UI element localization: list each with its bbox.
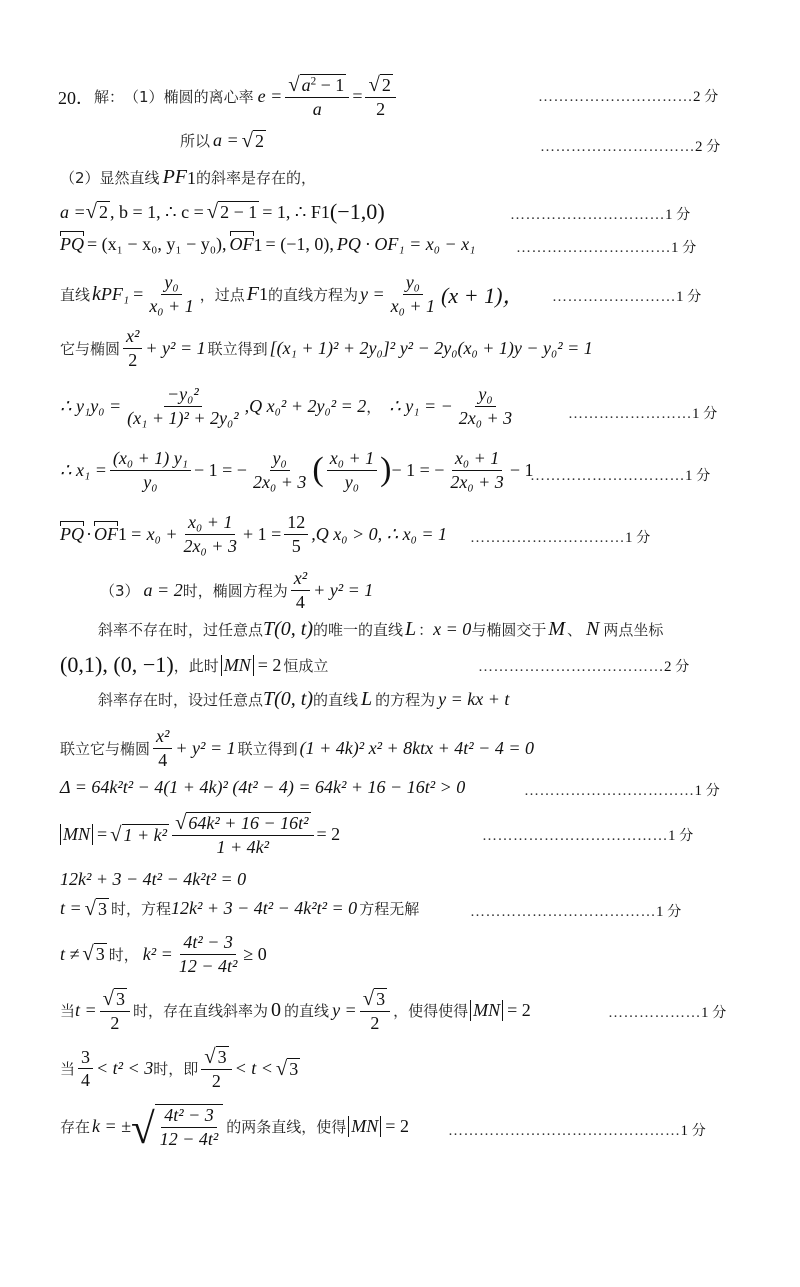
unit: 分 bbox=[667, 904, 681, 920]
mn-abs: MN bbox=[60, 824, 93, 845]
part2-dot-result-line: PQ · OF1 = x₀ + x₀ + 12x₀ + 3 + 1 = 125 … bbox=[60, 512, 447, 556]
focus-label: = 1, ∴ F bbox=[262, 202, 321, 223]
score-marker: ……………………………1 分 bbox=[524, 780, 720, 800]
numerator: −y₀² bbox=[164, 384, 202, 407]
numerator: x₀ + 1 bbox=[452, 448, 502, 471]
chord-fraction: √64k² + 16 − 16t² 1 + 4k² bbox=[172, 812, 313, 857]
sqrt-content: 2 − 1 bbox=[218, 201, 259, 223]
text: 的直线方程为 bbox=[268, 284, 358, 305]
denominator: 2 bbox=[107, 1012, 122, 1034]
line-l: L bbox=[361, 688, 372, 711]
text: 的直线 bbox=[313, 689, 358, 710]
denominator: 12 − 4t² bbox=[157, 1128, 222, 1150]
points: 1 bbox=[701, 1005, 709, 1021]
fraction: x₀ + 1y₀ bbox=[327, 448, 377, 492]
fraction: x₀ + 12x₀ + 3 bbox=[447, 448, 506, 492]
denominator: x₀ + 1 bbox=[388, 295, 438, 317]
score-marker: …………………………2 分 bbox=[538, 86, 718, 106]
vector-of1: OF bbox=[230, 234, 254, 255]
points: 2 bbox=[695, 139, 703, 155]
ellipse-rest: + y² = 1 bbox=[145, 338, 205, 359]
part3-chord-length-line: MN = √1 + k² √64k² + 16 − 16t² 1 + 4k² =… bbox=[60, 812, 340, 857]
part2-x1-line: ∴ x₁ = (x₀ + 1) y₁y₀ − 1 = − y₀2x₀ + 3 (… bbox=[60, 448, 533, 492]
text: 存在 bbox=[60, 1116, 90, 1137]
unit: 分 bbox=[712, 1005, 726, 1021]
ellipse-rest: + y² = 1 bbox=[175, 738, 235, 759]
denominator: 12 − 4t² bbox=[176, 955, 241, 977]
sqrt-content: 64k² + 16 − 16t² bbox=[186, 812, 310, 834]
slope-fraction: y₀x₀ + 1 bbox=[388, 272, 438, 316]
denominator: 2 bbox=[209, 1070, 224, 1092]
numerator: 4t² − 3 bbox=[180, 932, 236, 955]
denominator: 2x₀ + 3 bbox=[447, 471, 506, 493]
part2-vectors-line: PQ = (x₁ − x₀, y₁ − y₀), OF1 = (−1, 0), … bbox=[60, 234, 475, 255]
fraction: 34 bbox=[78, 1047, 93, 1091]
part3-ellipse-line: （3） a = 2 时，椭圆方程为 x²4 + y² = 1 bbox=[100, 568, 373, 612]
sqrt-content: 2 bbox=[253, 130, 266, 152]
text: 时， bbox=[109, 944, 139, 965]
text: 联立得到 bbox=[238, 738, 298, 759]
score-marker: …………………………1 分 bbox=[530, 465, 710, 485]
score-marker: ………………………………1 分 bbox=[470, 901, 681, 921]
product-fraction: −y₀²(x₁ + 1)² + 2y₀² bbox=[124, 384, 242, 428]
text: 与椭圆交于 bbox=[471, 619, 546, 640]
denominator: 2x₀ + 3 bbox=[250, 471, 309, 493]
text: 联立它与椭圆 bbox=[60, 738, 150, 759]
colon: ： bbox=[418, 619, 433, 640]
solution-label: 解： bbox=[94, 86, 124, 107]
minus-one: − 1 bbox=[316, 75, 344, 95]
numerator: y₀ bbox=[270, 448, 290, 471]
discriminant: Δ = 64k²t² − 4(1 + 4k)² (4t² − 4) = 64k²… bbox=[60, 777, 465, 798]
part3-k-squared-line: t ≠ √3 时， k² = 4t² − 312 − 4t² ≥ 0 bbox=[60, 932, 267, 976]
text: 当 bbox=[60, 1000, 75, 1021]
score-marker: ………………………………………1 分 bbox=[448, 1120, 706, 1140]
denominator: 4 bbox=[155, 749, 170, 771]
denominator: 2 bbox=[125, 349, 140, 371]
minus: − 1 = − bbox=[194, 460, 247, 481]
text: 的斜率是存在的， bbox=[196, 167, 316, 188]
denominator: 5 bbox=[289, 535, 304, 557]
sqrt-content: 3 bbox=[96, 898, 109, 920]
score-marker: …………………………1 分 bbox=[516, 237, 696, 257]
score-marker: …………………………2 分 bbox=[540, 136, 720, 156]
x-equals-zero: x = 0 bbox=[433, 619, 471, 640]
points: (0,1), (0, −1) bbox=[60, 652, 174, 678]
dots: …………………… bbox=[568, 406, 692, 422]
therefore-text: 所以 bbox=[180, 130, 210, 151]
text: 显然直线 bbox=[100, 167, 160, 188]
denominator: 1 + 4k² bbox=[214, 836, 273, 858]
ellipse-fraction: x²4 bbox=[153, 726, 172, 770]
points: 1 bbox=[625, 530, 633, 546]
unit: 分 bbox=[636, 530, 650, 546]
unit: 分 bbox=[692, 1123, 706, 1139]
score-marker: …………………………1 分 bbox=[510, 204, 690, 224]
dot-product: PQ · OF₁ = x₀ − x₁ bbox=[337, 234, 476, 255]
quadratic-expression: [(x₁ + 1)² + 2y₀]² y² − 2y₀(x₀ + 1)y − y… bbox=[270, 338, 593, 359]
sqrt-two: √2 bbox=[86, 201, 110, 223]
problem-number: 20． bbox=[58, 84, 94, 110]
numerator: y₀ bbox=[161, 272, 181, 295]
score-marker: ………………………………1 分 bbox=[482, 825, 693, 845]
numerator: y₀ bbox=[403, 272, 423, 295]
y-equals: y = bbox=[360, 284, 385, 305]
text: 直线 bbox=[60, 284, 90, 305]
dots: ………………………… bbox=[516, 240, 671, 256]
part3-zero-slope-line: 当 t = √32 时，存在直线斜率为 0 的直线 y = √32 ，使得使得 … bbox=[60, 988, 531, 1033]
unit: 分 bbox=[696, 468, 710, 484]
part3-two-lines-line: 存在 k = ± √4t² − 312 − 4t² 的两条直线，使得 MN = … bbox=[60, 1104, 409, 1149]
separator: 、 bbox=[567, 619, 582, 640]
part2-system-line: 它与椭圆 x²2 + y² = 1 联立得到 [(x₁ + 1)² + 2y₀]… bbox=[60, 326, 593, 370]
lead: ∴ x₁ = bbox=[60, 460, 107, 481]
equals-two: = 2 bbox=[507, 1000, 531, 1021]
equals-two: = 2 bbox=[258, 655, 282, 676]
dots: ………………………… bbox=[540, 139, 695, 155]
part2-label: （2） bbox=[60, 167, 100, 188]
score-marker: ………………………………2 分 bbox=[478, 656, 689, 676]
point-n: N bbox=[586, 618, 599, 641]
text: 时，方程 bbox=[111, 898, 171, 919]
text: 的方程为 bbox=[375, 689, 435, 710]
text: ，使得使得 bbox=[393, 1000, 468, 1021]
y1-lead: ∴ y₁ = − bbox=[389, 396, 453, 417]
denominator: a bbox=[310, 98, 325, 120]
unit: 分 bbox=[706, 783, 720, 799]
denominator: 2x₀ + 3 bbox=[456, 407, 515, 429]
equals: = bbox=[97, 824, 107, 845]
sqrt-three: √3 bbox=[85, 898, 109, 920]
part2-y1-line: ∴ y₁y₀ = −y₀²(x₁ + 1)² + 2y₀² ,Q x₀² + 2… bbox=[60, 384, 518, 428]
fraction: √32 bbox=[360, 988, 390, 1033]
point-m: M bbox=[548, 618, 565, 641]
dots: ……………………………… bbox=[482, 828, 668, 844]
text: 恒成立 bbox=[283, 655, 328, 676]
plus-one: + 1 = bbox=[243, 524, 281, 545]
mn-abs: MN bbox=[221, 655, 254, 676]
comma: ， bbox=[366, 396, 381, 417]
a-equals: a = bbox=[213, 130, 239, 151]
eccentricity-text: 椭圆的离心率 bbox=[164, 86, 254, 107]
equation: 12k² + 3 − 4t² − 4k²t² = 0 bbox=[171, 898, 357, 919]
sqrt-two: √2 bbox=[242, 130, 266, 152]
vector-pq: PQ bbox=[60, 524, 84, 545]
slope-fraction: y₀x₀ + 1 bbox=[146, 272, 196, 316]
numerator: 12 bbox=[284, 512, 308, 535]
mn-abs: MN bbox=[470, 1000, 503, 1021]
fraction: x₀ + 12x₀ + 3 bbox=[181, 512, 240, 556]
part3-range-line: 当 34 < t² < 3 时，即 √32 < t < √3 bbox=[60, 1046, 300, 1091]
ellipse-rest: + y² = 1 bbox=[313, 580, 373, 601]
t-bound: < t < bbox=[235, 1058, 273, 1079]
part2-intro-line: （2） 显然直线 PF1 的斜率是存在的， bbox=[60, 166, 316, 189]
point-t: T(0, t) bbox=[263, 688, 313, 711]
part3-slope-line: 斜率存在时，设过任意点 T(0, t) 的直线 L 的方程为 y = kx + … bbox=[98, 688, 509, 711]
text: 两点坐标 bbox=[603, 619, 663, 640]
a-equals: a = 2 bbox=[144, 580, 183, 601]
line-equation: y = kx + t bbox=[438, 689, 509, 710]
equals: = x₀ + bbox=[130, 524, 178, 545]
unit: 分 bbox=[703, 406, 717, 422]
of1-value: = (−1, 0), bbox=[266, 234, 334, 255]
numerator: 3 bbox=[78, 1047, 93, 1070]
text: 它与椭圆 bbox=[60, 338, 120, 359]
sqrt-content: 3 bbox=[94, 943, 107, 965]
k-squared: k² = bbox=[143, 944, 173, 965]
unit: 分 bbox=[704, 89, 718, 105]
sqrt-content: 3 bbox=[216, 1046, 229, 1068]
sqrt-content: 3 bbox=[114, 988, 127, 1010]
denominator: (x₁ + 1)² + 2y₀² bbox=[124, 407, 242, 429]
line-tail: (x + 1)， bbox=[441, 279, 525, 310]
dots: ………………………… bbox=[538, 89, 693, 105]
part3-no-slope-line: 斜率不存在时，过任意点 T(0, t) 的唯一的直线 L ： x = 0 与椭圆… bbox=[98, 618, 663, 641]
part1-eccentricity-line: 20． 解： （1） 椭圆的离心率 e = √a2 − 1 a = √2 2 bbox=[58, 74, 399, 119]
t-equals: t = bbox=[60, 898, 82, 919]
dots: ……………………………… bbox=[470, 904, 656, 920]
text: 方程无解 bbox=[359, 898, 419, 919]
conclusion: ,Q x₀ > 0, ∴ x₀ = 1 bbox=[311, 524, 447, 545]
fraction: y₀2x₀ + 3 bbox=[250, 448, 309, 492]
score-marker: ……………………1 分 bbox=[552, 286, 701, 306]
sqrt-three: √3 bbox=[276, 1058, 300, 1080]
denominator: 2x₀ + 3 bbox=[181, 535, 240, 557]
vector-of1: OF bbox=[94, 524, 118, 545]
text: 的唯一的直线 bbox=[313, 619, 403, 640]
text: 时，存在直线斜率为 bbox=[133, 1000, 268, 1021]
equals-two: = 2 bbox=[385, 1116, 409, 1137]
numerator: x₀ + 1 bbox=[327, 448, 377, 471]
part2-values-line: a = √2 , b = 1, ∴ c = √2 − 1 = 1, ∴ F1 (… bbox=[60, 199, 385, 225]
denominator: y₀ bbox=[140, 471, 160, 493]
part1-label: （1） bbox=[124, 86, 164, 107]
fraction: (x₀ + 1) y₁y₀ bbox=[110, 448, 191, 492]
unit: 分 bbox=[706, 139, 720, 155]
k-equals: k = ± bbox=[92, 1116, 131, 1137]
dots: ………………………… bbox=[530, 468, 685, 484]
equals: = bbox=[133, 284, 143, 305]
denominator: 4 bbox=[78, 1069, 93, 1091]
denominator: x₀ + 1 bbox=[146, 295, 196, 317]
a-var: a bbox=[302, 75, 311, 95]
numerator: y₀ bbox=[475, 384, 495, 407]
denominator: 2 bbox=[373, 98, 388, 120]
dots: …………………………… bbox=[524, 783, 695, 799]
sqrt-content: 3 bbox=[287, 1058, 300, 1080]
points: 1 bbox=[676, 289, 684, 305]
part3-simplified-line: 12k² + 3 − 4t² − 4k²t² = 0 bbox=[60, 869, 246, 890]
text: 斜率不存在时，过任意点 bbox=[98, 619, 263, 640]
numerator: x² bbox=[153, 726, 172, 749]
unit: 分 bbox=[676, 207, 690, 223]
numerator: x² bbox=[291, 568, 310, 591]
unit: 分 bbox=[679, 828, 693, 844]
equals: = bbox=[352, 86, 362, 107]
points: 1 bbox=[665, 207, 673, 223]
points: 1 bbox=[671, 240, 679, 256]
fraction: √32 bbox=[100, 988, 130, 1033]
text: ，此时 bbox=[174, 655, 219, 676]
text: 时，椭圆方程为 bbox=[183, 580, 288, 601]
points: 1 bbox=[695, 783, 703, 799]
text: 斜率存在时，设过任意点 bbox=[98, 689, 263, 710]
equals-two: = 2 bbox=[317, 824, 341, 845]
ellipse-fraction: x²4 bbox=[291, 568, 310, 612]
score-marker: ………………1 分 bbox=[608, 1002, 726, 1022]
part1-result-line: 所以 a = √2 bbox=[180, 130, 266, 152]
numerator: x² bbox=[123, 326, 142, 349]
text: ，过点 bbox=[200, 284, 245, 305]
y-equals: y = bbox=[332, 1000, 357, 1021]
pq-value: = (x₁ − x₀, y₁ − y₀), bbox=[87, 234, 227, 255]
text: 当 bbox=[60, 1058, 75, 1079]
dots: ………………………… bbox=[510, 207, 665, 223]
minus: − 1 = − bbox=[391, 460, 444, 481]
sqrt-three: √3 bbox=[82, 943, 106, 965]
focus-f: F bbox=[247, 283, 259, 306]
pf-line: PF bbox=[163, 166, 187, 189]
mn-abs: MN bbox=[348, 1116, 381, 1137]
fraction: √32 bbox=[201, 1046, 231, 1091]
denominator: 4 bbox=[293, 591, 308, 613]
fraction: 4t² − 312 − 4t² bbox=[176, 932, 241, 976]
unit: 分 bbox=[687, 289, 701, 305]
points: 2 bbox=[664, 659, 672, 675]
points: 1 bbox=[681, 1123, 689, 1139]
sqrt-content: 3 bbox=[374, 988, 387, 1010]
simplified-equation: 12k² + 3 − 4t² − 4k²t² = 0 bbox=[60, 869, 246, 890]
slope-k: k bbox=[92, 283, 101, 306]
dots: ………………………… bbox=[470, 530, 625, 546]
eccentricity-fraction: √a2 − 1 a bbox=[285, 74, 349, 119]
text: 的直线 bbox=[284, 1000, 329, 1021]
text: 联立得到 bbox=[208, 338, 268, 359]
points: 1 bbox=[656, 904, 664, 920]
fraction: 125 bbox=[284, 512, 308, 556]
line-l: L bbox=[405, 618, 416, 641]
part2-slope-line: 直线 kPF₁ = y₀x₀ + 1 ，过点 F1 的直线方程为 y = y₀x… bbox=[60, 272, 525, 316]
unit: 分 bbox=[682, 240, 696, 256]
vector-pq: PQ bbox=[60, 234, 84, 255]
points: 1 bbox=[685, 468, 693, 484]
unit: 分 bbox=[675, 659, 689, 675]
points: 2 bbox=[693, 89, 701, 105]
result-fraction: √2 2 bbox=[365, 74, 395, 119]
dots: ……………………………… bbox=[478, 659, 664, 675]
sqrt-content: 1 + k² bbox=[122, 824, 170, 846]
zero: 0 bbox=[271, 999, 281, 1022]
numerator: 4t² − 3 bbox=[161, 1105, 217, 1128]
constraint: ,Q x₀² + 2y₀² = 2 bbox=[245, 396, 367, 417]
sqrt-content: 2 bbox=[97, 201, 110, 223]
denominator: y₀ bbox=[342, 471, 362, 493]
t-not-equals: t ≠ bbox=[60, 944, 79, 965]
score-marker: ……………………1 分 bbox=[568, 403, 717, 423]
nonnegative: ≥ 0 bbox=[243, 944, 266, 965]
dots: ……………………………………… bbox=[448, 1123, 681, 1139]
ellipse-fraction: x²2 bbox=[123, 326, 142, 370]
score-marker: …………………………1 分 bbox=[470, 527, 650, 547]
y1-fraction: y₀2x₀ + 3 bbox=[456, 384, 515, 428]
focus-point: (−1,0) bbox=[330, 199, 385, 225]
t-range: < t² < 3 bbox=[96, 1058, 153, 1079]
part3-label: （3） bbox=[100, 580, 140, 601]
t-equals: t = bbox=[75, 1000, 97, 1021]
b-c-values: , b = 1, ∴ c = bbox=[110, 202, 204, 223]
points: 1 bbox=[692, 406, 700, 422]
quadratic-expression: (1 + 4k)² x² + 8ktx + 4t² − 4 = 0 bbox=[300, 738, 534, 759]
numerator: (x₀ + 1) y₁ bbox=[110, 448, 191, 471]
e-equals: e = bbox=[258, 86, 283, 107]
text: 时，即 bbox=[153, 1058, 198, 1079]
part3-no-solution-line: t = √3 时，方程 12k² + 3 − 4t² − 4k²t² = 0 方… bbox=[60, 898, 419, 920]
points: 1 bbox=[668, 828, 676, 844]
numerator: x₀ + 1 bbox=[185, 512, 235, 535]
dots: ……………… bbox=[608, 1005, 701, 1021]
lead: ∴ y₁y₀ = bbox=[60, 396, 121, 417]
part3-discriminant-line: Δ = 64k²t² − 4(1 + 4k)² (4t² − 4) = 64k²… bbox=[60, 777, 465, 798]
text: 的两条直线，使得 bbox=[226, 1116, 346, 1137]
part3-mn-line: (0,1), (0, −1) ，此时 MN = 2 恒成立 bbox=[60, 652, 328, 678]
sqrt-fraction: √4t² − 312 − 4t² bbox=[131, 1104, 223, 1149]
denominator: 2 bbox=[367, 1012, 382, 1034]
sqrt: √1 + k² bbox=[110, 824, 169, 846]
sqrt-content: 2 bbox=[380, 74, 393, 96]
dots: …………………… bbox=[552, 289, 676, 305]
sqrt-expr: √2 − 1 bbox=[207, 201, 260, 223]
point-t: T(0, t) bbox=[263, 618, 313, 641]
part3-system-line: 联立它与椭圆 x²4 + y² = 1 联立得到 (1 + 4k)² x² + … bbox=[60, 726, 534, 770]
a-equals: a = bbox=[60, 202, 86, 223]
